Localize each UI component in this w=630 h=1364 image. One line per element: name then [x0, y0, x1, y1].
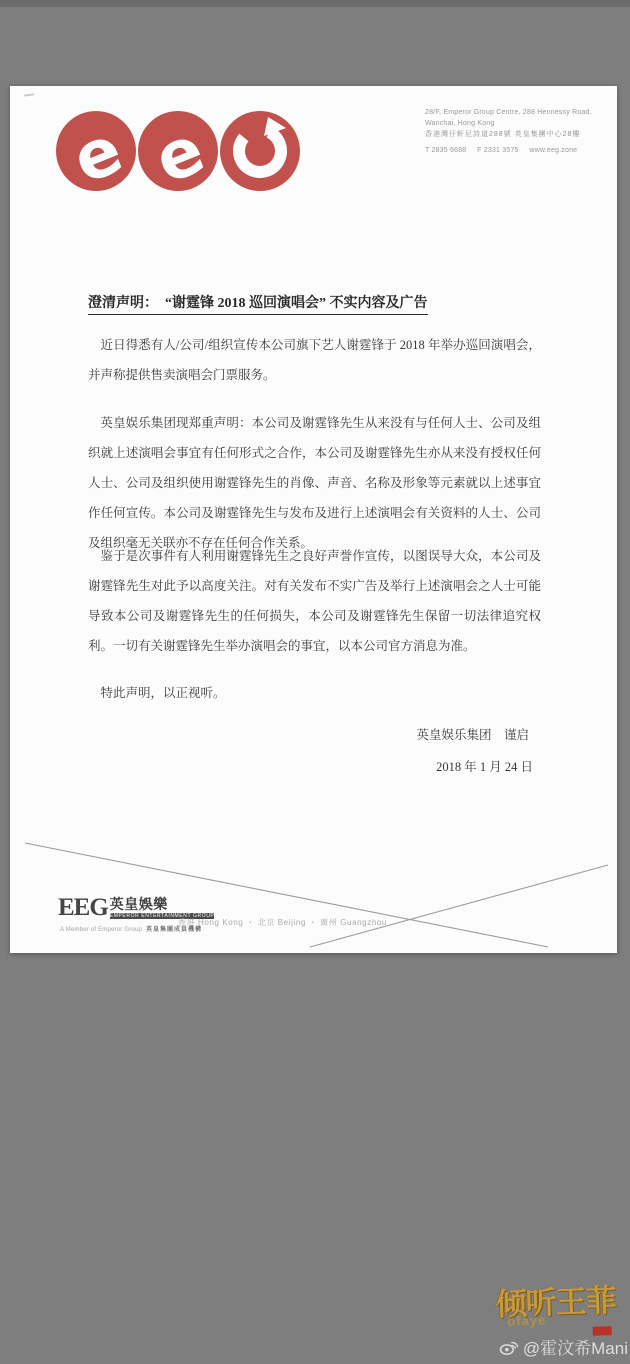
title-row: 澄清声明： “谢霆锋 2018 巡回演唱会” 不实内容及广告: [88, 288, 541, 319]
weibo-icon: [499, 1336, 520, 1357]
letter-title: 澄清声明： “谢霆锋 2018 巡回演唱会” 不实内容及广告: [88, 296, 428, 315]
fan-site-text: ofaye: [507, 1312, 546, 1328]
address-line-cn: 香港灣仔軒尼詩道288號 英皇集團中心28樓: [425, 129, 615, 140]
eeg-logo-icon: e e: [55, 108, 303, 194]
fan-logo-watermark: 倾听王菲 ofaye: [484, 1284, 628, 1341]
weibo-handle: @霍汶希Mani: [523, 1334, 628, 1359]
weibo-credit-watermark: @霍汶希Mani: [499, 1334, 628, 1359]
letter-page: e e 28/F, Emperor Group Centre, 288 Henn…: [10, 86, 617, 953]
fan-logo-text: 倾听王菲: [484, 1284, 627, 1323]
scan-smudge: [24, 93, 34, 96]
letter-signature: 英皇娱乐集团 谨启: [88, 720, 541, 750]
letter-paragraph-2: 英皇娱乐集团现郑重声明：本公司及谢霆锋先生从来没有与任何人士、公司及组织就上述演…: [88, 408, 541, 558]
address-line-1: 28/F, Emperor Group Centre, 288 Hennessy…: [425, 107, 615, 118]
letterhead-address: 28/F, Emperor Group Centre, 288 Hennessy…: [425, 107, 615, 156]
photo-top-edge: [0, 0, 630, 7]
footer-eeg-logo: EEG 英皇娛樂 EMPEROR ENTERTAINMENT GROUP: [58, 897, 214, 919]
footer-eeg-wordmark: EEG: [58, 897, 108, 919]
letter-date: 2018 年 1 月 24 日: [88, 752, 541, 782]
letter-paragraph-3: 鉴于是次事件有人利用谢霆锋先生之良好声誉作宣传，以图误导大众，本公司及谢霆锋先生…: [88, 541, 541, 661]
letter-closing: 特此声明，以正视听。: [88, 678, 541, 708]
footer-member-en: A Member of Emperor Group: [60, 927, 142, 933]
footer-cn-wordmark: 英皇娛樂: [110, 897, 215, 912]
screenshot-root: { "letterhead": { "logo_letters": ["e", …: [0, 0, 630, 1364]
footer-locations: 香港 Hong Kong ・ 北京 Beijing ・ 廣州 Guangzhou: [178, 917, 387, 928]
letter-paragraph-1: 近日得悉有人/公司/组织宣传本公司旗下艺人谢霆锋于 2018 年举办巡回演唱会，…: [88, 330, 541, 390]
eeg-circles-logo: e e: [55, 108, 303, 194]
footer-cn-column: 英皇娛樂 EMPEROR ENTERTAINMENT GROUP: [110, 897, 215, 919]
address-line-2: Wanchai, Hong Kong: [425, 118, 615, 129]
address-contact-line: T 2835 6688 F 2331 3575 www.eeg.zone: [425, 145, 615, 156]
